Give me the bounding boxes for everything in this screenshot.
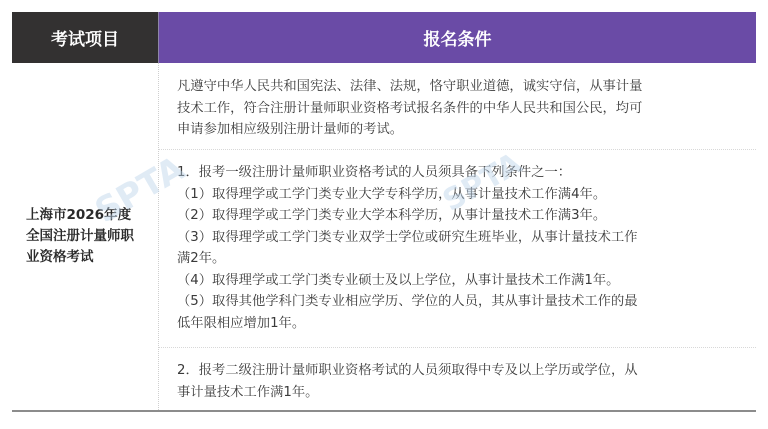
- table-header: 考试项目 报名条件: [12, 12, 756, 63]
- exam-name-cell: 上海市2026年度全国注册计量师职业资格考试: [12, 63, 159, 410]
- level2-conditions: 2．报考二级注册计量师职业资格考试的人员须取得中专及以上学历或学位，从 事计量技…: [159, 348, 756, 410]
- general-line: 凡遵守中华人民共和国宪法、法律、法规，恪守职业道德，诚实守信，从事计量: [177, 76, 744, 98]
- table-bottom-border: [12, 410, 756, 412]
- exam-conditions-table: 考试项目 报名条件 上海市2026年度全国注册计量师职业资格考试 凡遵守中华人民…: [12, 12, 756, 410]
- header-exam-item: 考试项目: [12, 12, 159, 63]
- level1-item-continued: 满2年。: [177, 248, 744, 270]
- level1-item: （4）取得理学或工学门类专业硕士及以上学位，从事计量技术工作满1年。: [177, 270, 744, 292]
- level1-conditions: 1．报考一级注册计量师职业资格考试的人员须具备下列条件之一： （1）取得理学或工…: [159, 150, 756, 348]
- table-body: 上海市2026年度全国注册计量师职业资格考试 凡遵守中华人民共和国宪法、法律、法…: [12, 63, 756, 410]
- level2-line: 2．报考二级注册计量师职业资格考试的人员须取得中专及以上学历或学位，从: [177, 360, 744, 382]
- general-line: 申请参加相应级别注册计量师的考试。: [177, 119, 744, 141]
- header-registration-conditions: 报名条件: [159, 12, 756, 63]
- general-conditions: 凡遵守中华人民共和国宪法、法律、法规，恪守职业道德，诚实守信，从事计量 技术工作…: [159, 63, 756, 150]
- general-line: 技术工作，符合注册计量师职业资格考试报名条件的中华人民共和国公民，均可: [177, 98, 744, 120]
- level1-title: 1．报考一级注册计量师职业资格考试的人员须具备下列条件之一：: [177, 162, 744, 184]
- exam-name: 上海市2026年度全国注册计量师职业资格考试: [26, 205, 144, 268]
- level1-item: （1）取得理学或工学门类专业大学专科学历，从事计量技术工作满4年。: [177, 184, 744, 206]
- level1-item: （3）取得理学或工学门类专业双学士学位或研究生班毕业，从事计量技术工作: [177, 227, 744, 249]
- level1-item: （2）取得理学或工学门类专业大学本科学历，从事计量技术工作满3年。: [177, 205, 744, 227]
- conditions-cell: 凡遵守中华人民共和国宪法、法律、法规，恪守职业道德，诚实守信，从事计量 技术工作…: [159, 63, 756, 410]
- level1-item: （5）取得其他学科门类专业相应学历、学位的人员，其从事计量技术工作的最: [177, 291, 744, 313]
- level1-item-continued: 低年限相应增加1年。: [177, 313, 744, 335]
- level2-line: 事计量技术工作满1年。: [177, 382, 744, 404]
